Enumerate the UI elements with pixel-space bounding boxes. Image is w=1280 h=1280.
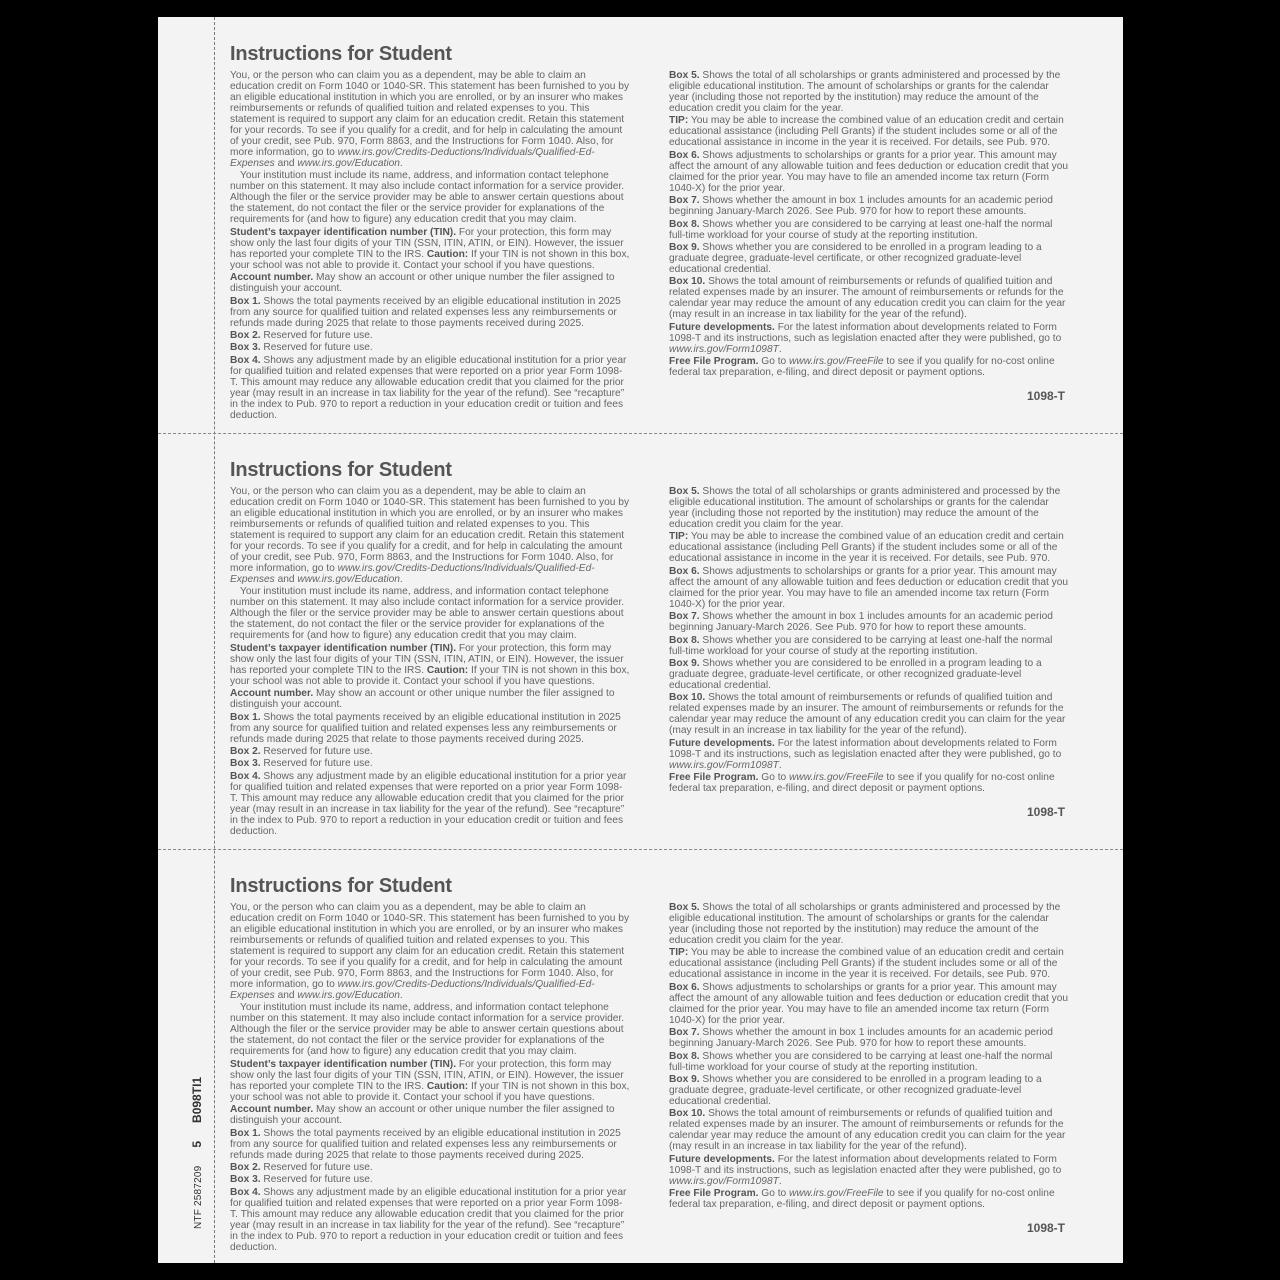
link-freefile[interactable]: www.irs.gov/FreeFile [789,356,884,367]
institution-paragraph: Your institution must include its name, … [230,170,630,225]
link-education[interactable]: www.irs.gov/Education [297,990,400,1001]
box6-paragraph: Box 6. Shows adjustments to scholarships… [669,982,1069,1026]
box10-paragraph: Box 10. Shows the total amount of reimbu… [669,692,1069,736]
side-number: 5 [190,1141,204,1148]
link-education[interactable]: www.irs.gov/Education [297,574,400,585]
future-developments-paragraph: Future developments. For the latest info… [669,738,1069,771]
box10-paragraph: Box 10. Shows the total amount of reimbu… [669,276,1069,320]
intro-paragraph: You, or the person who can claim you as … [230,70,630,169]
link-freefile[interactable]: www.irs.gov/FreeFile [789,1188,884,1199]
right-column: Box 5. Shows the total of all scholarshi… [669,486,1069,796]
left-column: You, or the person who can claim you as … [230,486,630,838]
institution-paragraph: Your institution must include its name, … [230,586,630,641]
future-developments-paragraph: Future developments. For the latest info… [669,1154,1069,1187]
panel-title: Instructions for Student [230,875,452,898]
box6-paragraph: Box 6. Shows adjustments to scholarships… [669,566,1069,610]
link-education[interactable]: www.irs.gov/Education [297,158,400,169]
box8-paragraph: Box 8. Shows whether you are considered … [669,1051,1069,1073]
box5-paragraph: Box 5. Shows the total of all scholarshi… [669,70,1069,114]
box4-paragraph: Box 4. Shows any adjustment made by an e… [230,771,630,837]
box4-paragraph: Box 4. Shows any adjustment made by an e… [230,1187,630,1253]
box3-paragraph: Box 3. Reserved for future use. [230,342,630,353]
left-column: You, or the person who can claim you as … [230,70,630,422]
instructions-panel: Instructions for Student You, or the per… [158,17,1123,433]
box9-paragraph: Box 9. Shows whether you are considered … [669,658,1069,691]
tin-paragraph: Student’s taxpayer identification number… [230,227,630,271]
institution-paragraph: Your institution must include its name, … [230,1002,630,1057]
box2-paragraph: Box 2. Reserved for future use. [230,330,630,341]
link-form1098t[interactable]: www.irs.gov/Form1098T [669,344,779,355]
side-form-code: NTF 25872095B098TI1 [188,1077,206,1229]
side-form-code-text: B098TI1 [190,1077,204,1123]
form-id-label: 1098-T [1027,805,1065,819]
right-column: Box 5. Shows the total of all scholarshi… [669,902,1069,1212]
free-file-paragraph: Free File Program. Go to www.irs.gov/Fre… [669,356,1069,378]
left-column: You, or the person who can claim you as … [230,902,630,1254]
tin-paragraph: Student’s taxpayer identification number… [230,1059,630,1103]
intro-paragraph: You, or the person who can claim you as … [230,902,630,1001]
box5-paragraph: Box 5. Shows the total of all scholarshi… [669,486,1069,530]
box1-paragraph: Box 1. Shows the total payments received… [230,296,630,329]
free-file-paragraph: Free File Program. Go to www.irs.gov/Fre… [669,1188,1069,1210]
link-freefile[interactable]: www.irs.gov/FreeFile [789,772,884,783]
box7-paragraph: Box 7. Shows whether the amount in box 1… [669,1027,1069,1049]
box1-paragraph: Box 1. Shows the total payments received… [230,712,630,745]
link-form1098t[interactable]: www.irs.gov/Form1098T [669,1176,779,1187]
future-developments-paragraph: Future developments. For the latest info… [669,322,1069,355]
box8-paragraph: Box 8. Shows whether you are considered … [669,219,1069,241]
account-number-paragraph: Account number. May show an account or o… [230,272,630,294]
panel-title: Instructions for Student [230,459,452,482]
form-page: Instructions for Student You, or the per… [158,17,1123,1263]
box3-paragraph: Box 3. Reserved for future use. [230,1174,630,1185]
right-column: Box 5. Shows the total of all scholarshi… [669,70,1069,380]
box6-paragraph: Box 6. Shows adjustments to scholarships… [669,150,1069,194]
box8-paragraph: Box 8. Shows whether you are considered … [669,635,1069,657]
intro-paragraph: You, or the person who can claim you as … [230,486,630,585]
box7-paragraph: Box 7. Shows whether the amount in box 1… [669,611,1069,633]
free-file-paragraph: Free File Program. Go to www.irs.gov/Fre… [669,772,1069,794]
box4-paragraph: Box 4. Shows any adjustment made by an e… [230,355,630,421]
ntf-code: NTF 2587209 [193,1166,204,1229]
box5-paragraph: Box 5. Shows the total of all scholarshi… [669,902,1069,946]
link-form1098t[interactable]: www.irs.gov/Form1098T [669,760,779,771]
form-id-label: 1098-T [1027,389,1065,403]
box9-paragraph: Box 9. Shows whether you are considered … [669,242,1069,275]
account-number-paragraph: Account number. May show an account or o… [230,1104,630,1126]
box1-paragraph: Box 1. Shows the total payments received… [230,1128,630,1161]
tip-paragraph: TIP: You may be able to increase the com… [669,531,1069,564]
box9-paragraph: Box 9. Shows whether you are considered … [669,1074,1069,1107]
tip-paragraph: TIP: You may be able to increase the com… [669,115,1069,148]
tip-paragraph: TIP: You may be able to increase the com… [669,947,1069,980]
box2-paragraph: Box 2. Reserved for future use. [230,746,630,757]
form-id-label: 1098-T [1027,1221,1065,1235]
instructions-panel: Instructions for Student You, or the per… [158,849,1123,1265]
box2-paragraph: Box 2. Reserved for future use. [230,1162,630,1173]
instructions-panel: Instructions for Student You, or the per… [158,433,1123,849]
tin-paragraph: Student’s taxpayer identification number… [230,643,630,687]
panel-title: Instructions for Student [230,43,452,66]
box7-paragraph: Box 7. Shows whether the amount in box 1… [669,195,1069,217]
box3-paragraph: Box 3. Reserved for future use. [230,758,630,769]
box10-paragraph: Box 10. Shows the total amount of reimbu… [669,1108,1069,1152]
account-number-paragraph: Account number. May show an account or o… [230,688,630,710]
